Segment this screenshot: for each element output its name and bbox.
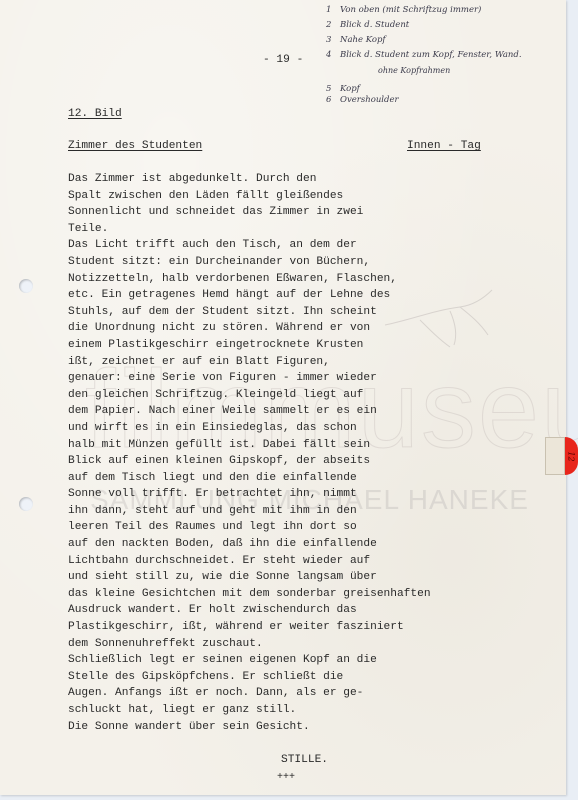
text-line: und sieht still zu, wie die Sonne langsa… (68, 569, 431, 586)
scene-location: Zimmer des Studenten (68, 138, 202, 155)
scene-description: Das Zimmer ist abgedunkelt. Durch denSpa… (68, 171, 431, 735)
text-line: ißt, zeichnet er auf ein Blatt Figuren, (68, 354, 431, 371)
text-line: Stuhls, auf dem der Student sitzt. Ihn s… (68, 304, 431, 321)
handwritten-shot-list: 1Von oben (mit Schriftzug immer) 2Blick … (326, 0, 522, 106)
text-line: Augen. Anfangs ißt er noch. Dann, als er… (68, 685, 431, 702)
text-line: ihn dann, steht auf und geht mit ihm in … (68, 503, 431, 520)
text-line: Sonnenlicht und schneidet das Zimmer in … (68, 204, 431, 221)
tab-label: 12 (567, 451, 576, 461)
text-line: Das Licht trifft auch den Tisch, an dem … (68, 237, 431, 254)
text-line: schluckt hat, liegt er ganz still. (68, 702, 431, 719)
text-line: auf den nackten Boden, daß ihn die einfa… (68, 536, 431, 553)
text-line: leeren Teil des Raumes und legt ihn dort… (68, 519, 431, 536)
index-tab: 12 (545, 437, 578, 475)
punch-hole-top (19, 279, 33, 293)
text-line: Stelle des Gipsköpfchens. Er schließt di… (68, 669, 431, 686)
text-line: Teile. (68, 221, 431, 238)
text-line: genauer: eine Serie von Figuren - immer … (68, 370, 431, 387)
shot-note: 3Nahe Kopf (326, 33, 522, 48)
tab-paper-strip (545, 437, 565, 475)
text-line: Blick auf einen kleinen Gipskopf, der ab… (68, 453, 431, 470)
text-line: auf dem Tisch liegt und den die einfalle… (68, 470, 431, 487)
text-line: das kleine Gesichtchen mit dem sonderbar… (68, 586, 431, 603)
text-line: und wirft es in ein Einsiedeglas, das sc… (68, 420, 431, 437)
text-line: Notizzetteln, halb verdorbenen Eßwaren, … (68, 271, 431, 288)
text-line: dem Papier. Nach einer Weile sammelt er … (68, 403, 431, 420)
text-line: dem Sonnenuhreffekt zuschaut. (68, 636, 431, 653)
page-number: - 19 - (263, 52, 303, 69)
text-line: Sonne voll trifft. Er betrachtet ihn, ni… (68, 486, 431, 503)
shot-note: 1Von oben (mit Schriftzug immer) (326, 3, 522, 18)
text-line: Plastikgeschirr, ißt, während er weiter … (68, 619, 431, 636)
text-line: Die Sonne wandert über sein Gesicht. (68, 719, 431, 736)
punch-hole-bottom (19, 497, 33, 511)
shot-note: 5Kopf (326, 84, 522, 95)
text-line: etc. Ein getragenes Hemd hängt auf der L… (68, 287, 431, 304)
text-line: Schließlich legt er seinen eigenen Kopf … (68, 652, 431, 669)
tab-red-label: 12 (565, 437, 578, 475)
text-line: Student sitzt: ein Durcheinander von Büc… (68, 254, 431, 271)
text-line: den gleichen Schriftzug. Kleingeld liegt… (68, 387, 431, 404)
text-line: halb mit Münzen gefüllt ist. Dabei fällt… (68, 437, 431, 454)
text-line: Spalt zwischen den Läden fällt gleißende… (68, 188, 431, 205)
scene-title: 12. Bild (68, 106, 122, 123)
closing-direction: STILLE. (281, 752, 328, 769)
scene-time: Innen - Tag (407, 138, 481, 155)
text-line: einem Plastikgeschirr eingetrocknete Kru… (68, 337, 431, 354)
shot-note: 4Blick d. Student zum Kopf, Fenster, Wan… (326, 48, 522, 63)
shot-note-continuation: ohne Kopfrahmen (326, 63, 522, 78)
text-line: Ausdruck wandert. Er holt zwischendurch … (68, 602, 431, 619)
shot-note: 6Overshoulder (326, 95, 522, 106)
script-page: filmmuseum SAMMLUNG MICHAEL HANEKE 1Von … (0, 0, 566, 795)
text-line: Lichtbahn durchschneidet. Er steht wiede… (68, 553, 431, 570)
end-mark: +++ (277, 770, 295, 787)
text-line: Das Zimmer ist abgedunkelt. Durch den (68, 171, 431, 188)
shot-note: 2Blick d. Student (326, 18, 522, 33)
text-line: die Unordnung nicht zu stören. Während e… (68, 320, 431, 337)
